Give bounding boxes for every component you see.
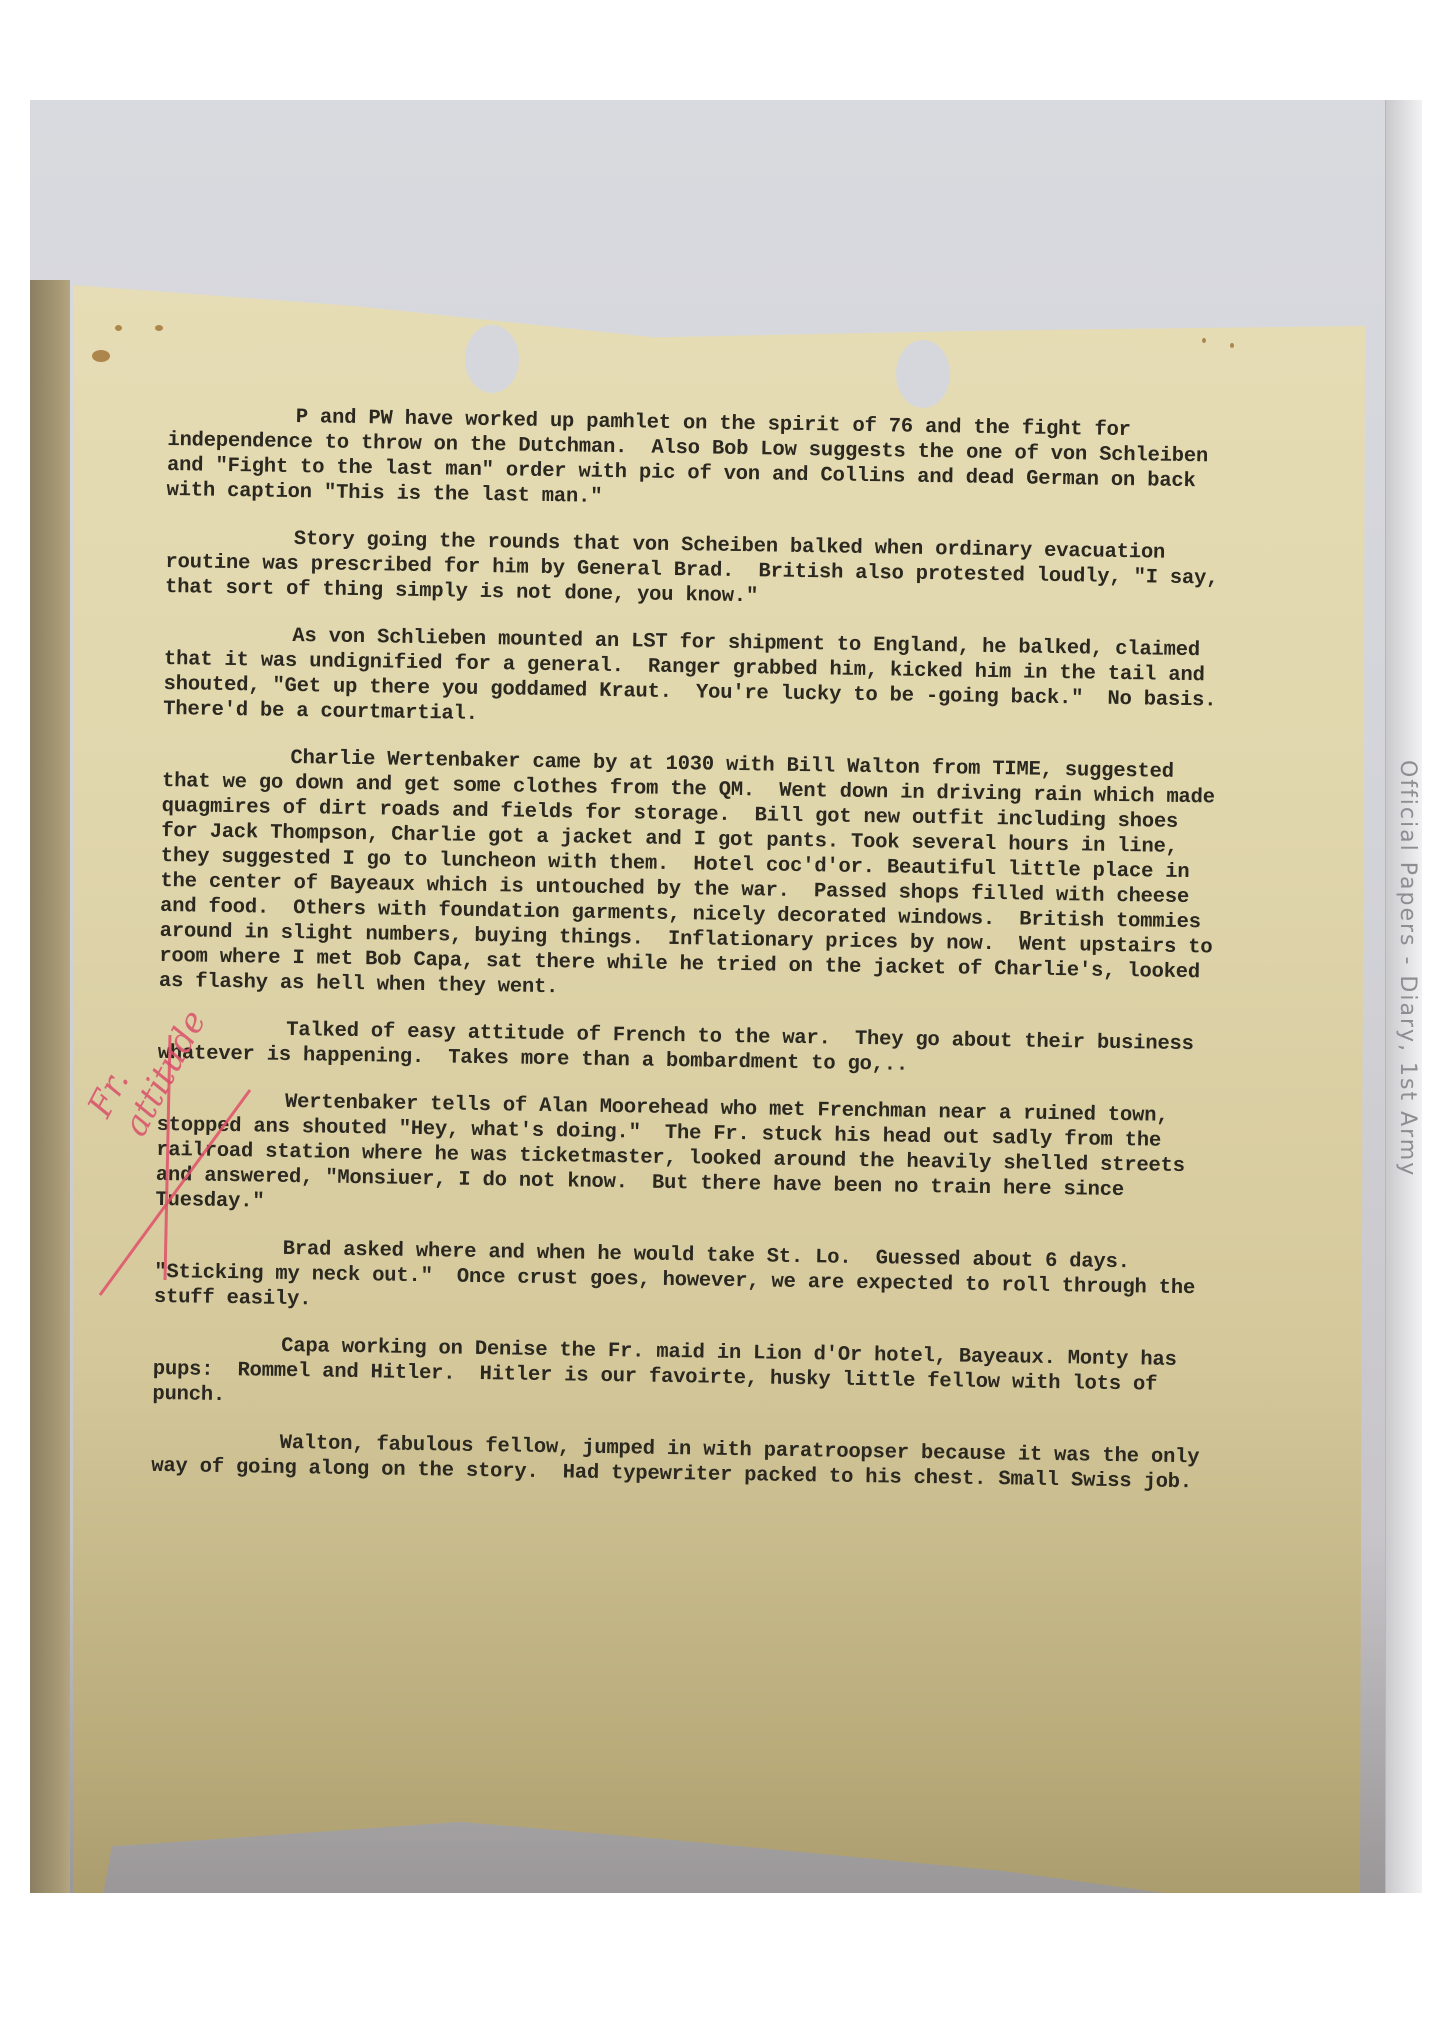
paragraph-2: Story going the rounds that von Scheiben… xyxy=(165,525,1226,617)
stain-mark xyxy=(1202,338,1206,343)
folder-label: Official Papers - Diary, 1st Army xyxy=(1395,760,1420,1177)
underlying-page-edge xyxy=(30,280,70,1893)
paragraph-3: As von Schlieben mounted an LST for ship… xyxy=(163,622,1224,739)
paragraph-7: Brad asked where and when he would take … xyxy=(154,1235,1215,1327)
punch-hole-left xyxy=(465,325,519,393)
typescript-body: P and PW have worked up pamhlet on the s… xyxy=(151,403,1228,1518)
paragraph-9: Walton, fabulous fellow, jumped in with … xyxy=(151,1429,1212,1496)
folder-edge: Official Papers - Diary, 1st Army xyxy=(1385,100,1422,1893)
stain-mark xyxy=(92,350,110,362)
paragraph-4: Charlie Wertenbaker came by at 1030 with… xyxy=(159,744,1223,1011)
stain-mark xyxy=(155,325,163,331)
stain-mark xyxy=(1230,343,1234,348)
paragraph-1: P and PW have worked up pamhlet on the s… xyxy=(166,403,1227,520)
paragraph-6: Wertenbaker tells of Alan Moorehead who … xyxy=(155,1088,1217,1230)
paragraph-8: Capa working on Denise the Fr. maid in L… xyxy=(152,1332,1213,1424)
punch-hole-right xyxy=(896,340,950,408)
stain-mark xyxy=(115,325,122,331)
paragraph-5: Talked of easy attitude of French to the… xyxy=(158,1016,1219,1083)
